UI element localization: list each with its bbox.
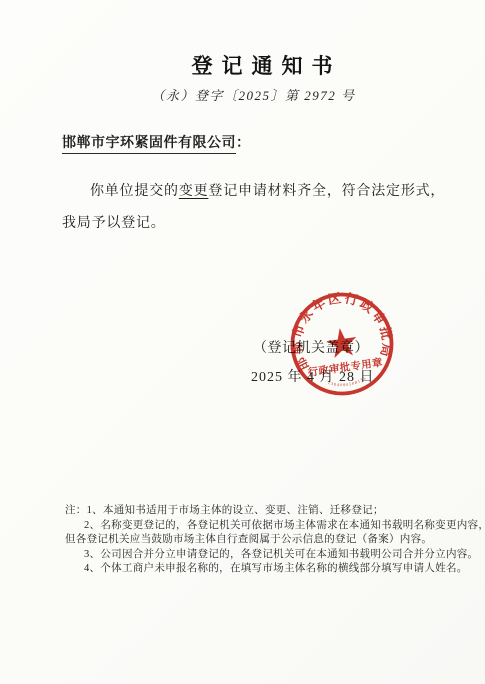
body-line-1: 你单位提交的变更登记申请材料齐全，符合法定形式， <box>62 176 428 208</box>
document-title: 登记通知书 <box>0 50 485 80</box>
footnote-line: 4、个体工商户未申报名称的，在填写市场主体名称的横线部分填写申请人姓名。 <box>65 562 465 577</box>
footnote-line: 2、名称变更登记的，各登记机关可依据市场主体需求在本通知书载明名称变更内容， <box>65 519 465 534</box>
body-line1-pre: 你单位提交的 <box>90 184 179 199</box>
issue-date: 2025 年 4 月 28 日 <box>251 366 375 386</box>
body-paragraph: 你单位提交的变更登记申请材料齐全，符合法定形式， 我局予以登记。 <box>62 176 428 240</box>
body-line1-post: 登记申请材料齐全，符合法定形式， <box>208 184 445 199</box>
footnotes: 注：1、本通知书适用于市场主体的设立、变更、注销、迁移登记； 2、名称变更登记的… <box>65 504 465 577</box>
document-page: 登记通知书 （永）登字〔2025〕第 2972 号 邯郸市宇环紧固件有限公司： … <box>0 0 485 684</box>
addressee-company-name: 邯郸市宇环紧固件有限公司 <box>62 136 236 154</box>
signature-block: （登记机关盖章） 2025 年 4 月 28 日 <box>253 337 375 386</box>
stamp-caption: （登记机关盖章） <box>253 337 375 357</box>
body-line1-underlined-term: 变更 <box>179 184 209 199</box>
document-number: （永）登字〔2025〕第 2972 号 <box>0 85 485 104</box>
footnote-line: 3、公司因合并分立申请登记的，各登记机关可在本通知书载明公司合并分立内容。 <box>65 548 465 563</box>
footnote-line: 但各登记机关应当鼓励市场主体自行查阅属于公示信息的登记（备案）内容。 <box>65 533 465 548</box>
body-line-2: 我局予以登记。 <box>62 208 428 240</box>
addressee-colon: ： <box>236 136 251 151</box>
addressee-line: 邯郸市宇环紧固件有限公司： <box>62 132 251 152</box>
footnote-line: 注：1、本通知书适用于市场主体的设立、变更、注销、迁移登记； <box>65 504 465 519</box>
